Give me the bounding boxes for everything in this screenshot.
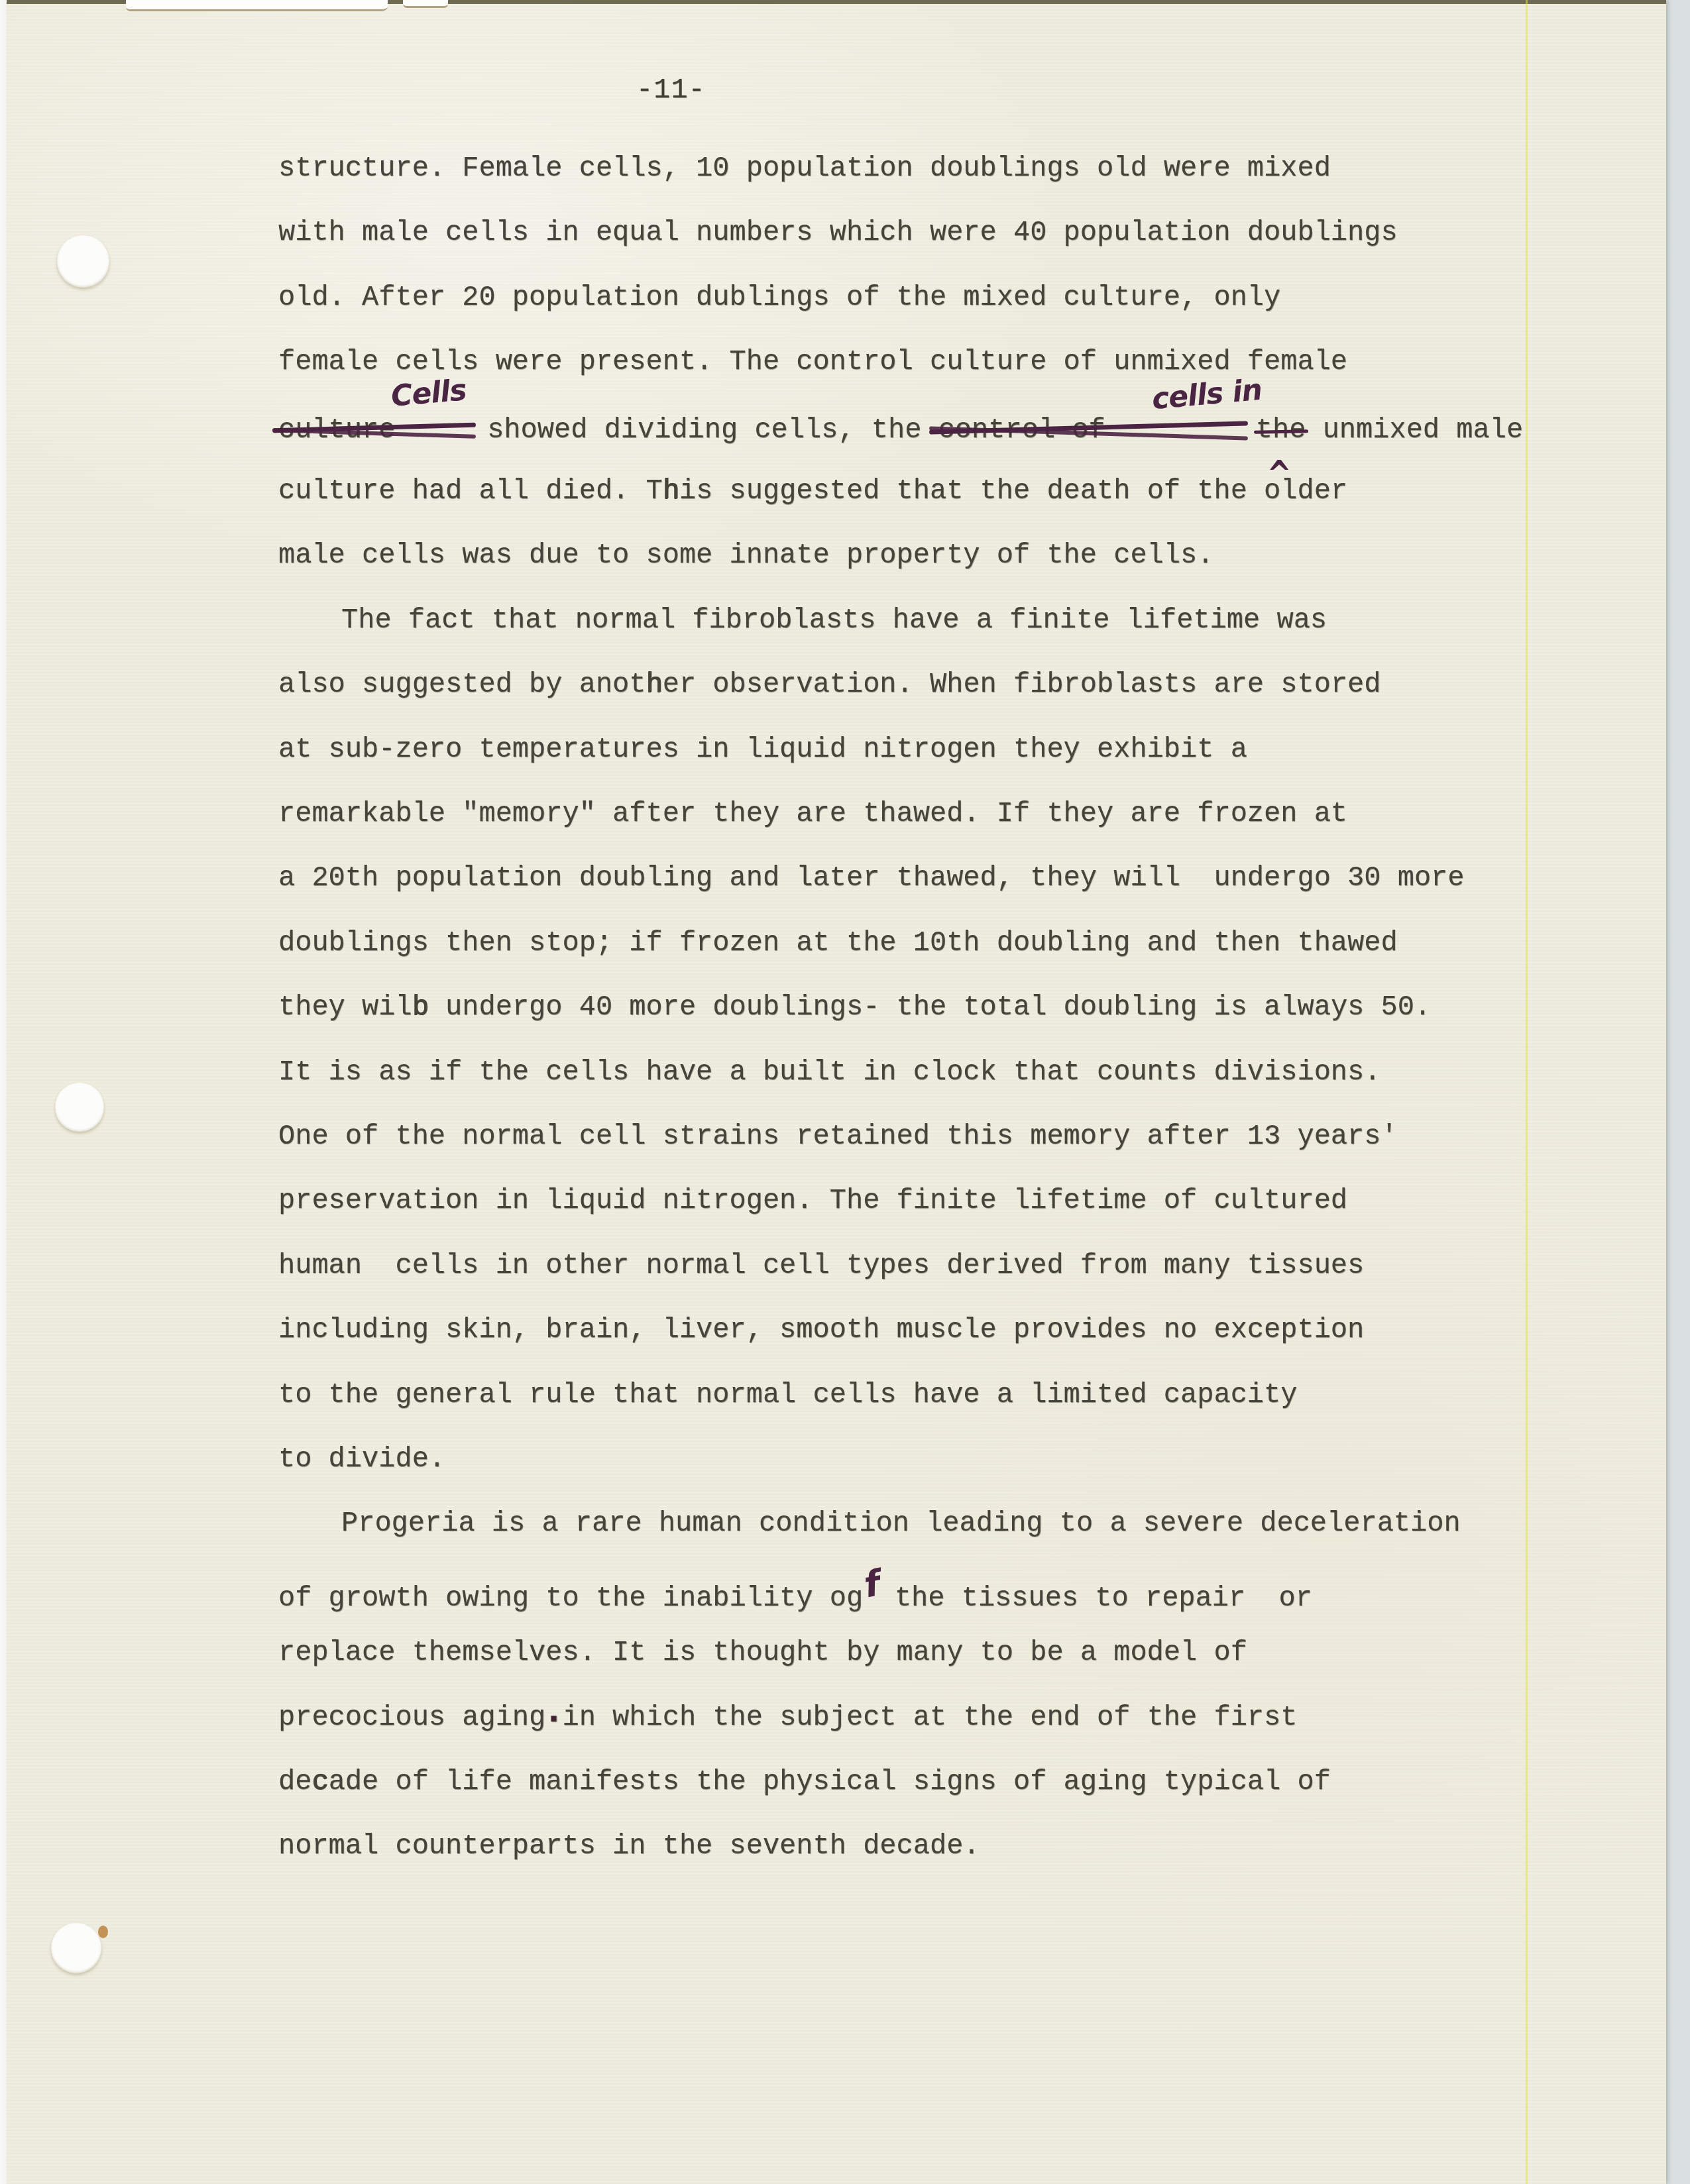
text-line: old. After 20 population dublings of the…	[278, 282, 1280, 313]
text-line: with male cells in equal numbers which w…	[278, 217, 1398, 248]
typed-segment: to divide.	[278, 1443, 445, 1475]
text-line: preservation in liquid nitrogen. The fin…	[278, 1185, 1347, 1217]
text-line: female cells were present. The control c…	[278, 346, 1347, 378]
typed-segment: preservation in liquid nitrogen. The fin…	[278, 1185, 1347, 1217]
text-line: cultureCells showed dividing cells, the …	[278, 411, 1523, 446]
text-line: It is as if the cells have a built in cl…	[278, 1056, 1380, 1088]
typed-segment-scribble: control ofcells in^	[938, 411, 1239, 446]
typed-segment: of growth owing to the inability o	[278, 1582, 846, 1614]
text-line: a 20th population doubling and later tha…	[278, 862, 1465, 894]
text-line: replace themselves. It is thought by man…	[278, 1637, 1247, 1668]
typed-segment-bold: b	[412, 991, 429, 1023]
typed-segment: old. After 20 population dublings of the…	[278, 282, 1280, 313]
typed-text: structure. Female cells, 10 population d…	[7, 0, 1666, 2184]
typed-segment: undergo 40 more doublings- the total dou…	[429, 991, 1431, 1023]
typed-segment-overwrite: gf	[846, 1572, 878, 1614]
typed-segment: One of the normal cell strains retained …	[278, 1120, 1398, 1152]
typed-segment: female cells were present. The control c…	[278, 346, 1347, 378]
typed-segment: is suggested that the death of the older	[679, 475, 1347, 507]
typed-segment: the tissues to repair or	[878, 1582, 1312, 1614]
typed-segment: a 20th population doubling and later tha…	[278, 862, 1465, 894]
typed-segment: doublings then stop; if frozen at the 10…	[278, 927, 1398, 959]
typed-segment	[1239, 414, 1256, 446]
text-line: remarkable "memory" after they are thawe…	[278, 798, 1347, 830]
typed-segment: showed dividing cells, the	[471, 414, 938, 446]
text-line: also suggested by another observation. W…	[278, 669, 1381, 700]
typed-segment: It is as if the cells have a built in cl…	[278, 1056, 1380, 1088]
text-line: male cells was due to some innate proper…	[278, 539, 1213, 571]
text-line: structure. Female cells, 10 population d…	[278, 152, 1331, 184]
typed-segment: in which the subject at the end of the f…	[562, 1702, 1297, 1733]
text-line: culture had all died. This suggested tha…	[278, 475, 1347, 507]
text-line: normal counterparts in the seventh decad…	[278, 1830, 980, 1862]
typed-segment: replace themselves. It is thought by man…	[278, 1637, 1247, 1668]
handwritten-correction: Cells	[390, 373, 468, 413]
typed-segment: ade of life manifests the physical signs…	[329, 1766, 1331, 1798]
typed-segment: human cells in other normal cell types d…	[278, 1250, 1364, 1282]
text-line: human cells in other normal cell types d…	[278, 1250, 1364, 1282]
typed-segment: at sub-zero temperatures in liquid nitro…	[278, 734, 1247, 765]
text-line: One of the normal cell strains retained …	[278, 1120, 1398, 1152]
text-line: to divide.	[278, 1443, 445, 1475]
text-line: The fact that normal fibroblasts have a …	[341, 604, 1327, 636]
handwritten-overwrite: f	[861, 1562, 883, 1606]
typed-segment-bold: h	[646, 669, 663, 700]
typed-segment: normal counterparts in the seventh decad…	[278, 1830, 980, 1862]
text-line: including skin, brain, liver, smooth mus…	[278, 1314, 1364, 1346]
text-line: precocious aging.in which the subject at…	[278, 1702, 1297, 1733]
text-line: at sub-zero temperatures in liquid nitro…	[278, 734, 1247, 765]
typed-segment: unmixed male	[1306, 414, 1523, 446]
typed-segment-bold: h	[663, 475, 679, 507]
typed-segment: including skin, brain, liver, smooth mus…	[278, 1314, 1364, 1346]
typed-segment: de	[278, 1766, 311, 1798]
text-line: they wilb undergo 40 more doublings- the…	[278, 991, 1431, 1023]
text-line: doublings then stop; if frozen at the 10…	[278, 927, 1398, 959]
handwritten-correction: cells in	[1151, 373, 1263, 416]
typed-segment: structure. Female cells, 10 population d…	[278, 152, 1331, 184]
text-line: decade of life manifests the physical si…	[278, 1766, 1331, 1798]
text-line: Progeria is a rare human condition leadi…	[341, 1507, 1461, 1539]
typed-segment: er observation. When fibroblasts are sto…	[663, 669, 1381, 700]
handwritten-caret: ^	[1267, 453, 1291, 496]
text-line: of growth owing to the inability ogf the…	[278, 1572, 1312, 1614]
typed-segment: precocious aging	[278, 1702, 545, 1733]
typed-segment: with male cells in equal numbers which w…	[278, 217, 1398, 248]
typed-segment-strike: the	[1256, 414, 1306, 446]
typed-segment-scribble: cultureCells	[278, 411, 471, 446]
typed-segment-bold: c	[311, 1766, 328, 1798]
typed-segment: Progeria is a rare human condition leadi…	[341, 1507, 1461, 1539]
typed-segment: culture had all died. T	[278, 475, 663, 507]
typed-segment: they wil	[278, 991, 412, 1023]
typed-segment: remarkable "memory" after they are thawe…	[278, 798, 1347, 830]
text-line: to the general rule that normal cells ha…	[278, 1379, 1297, 1411]
typed-segment: to the general rule that normal cells ha…	[278, 1379, 1297, 1411]
typed-segment: male cells was due to some innate proper…	[278, 539, 1213, 571]
document-page: -11- structure. Female cells, 10 populat…	[7, 0, 1666, 2184]
typed-segment: also suggested by anot	[278, 669, 646, 700]
typed-segment: The fact that normal fibroblasts have a …	[341, 604, 1327, 636]
scanner-left-edge	[0, 0, 7, 2184]
